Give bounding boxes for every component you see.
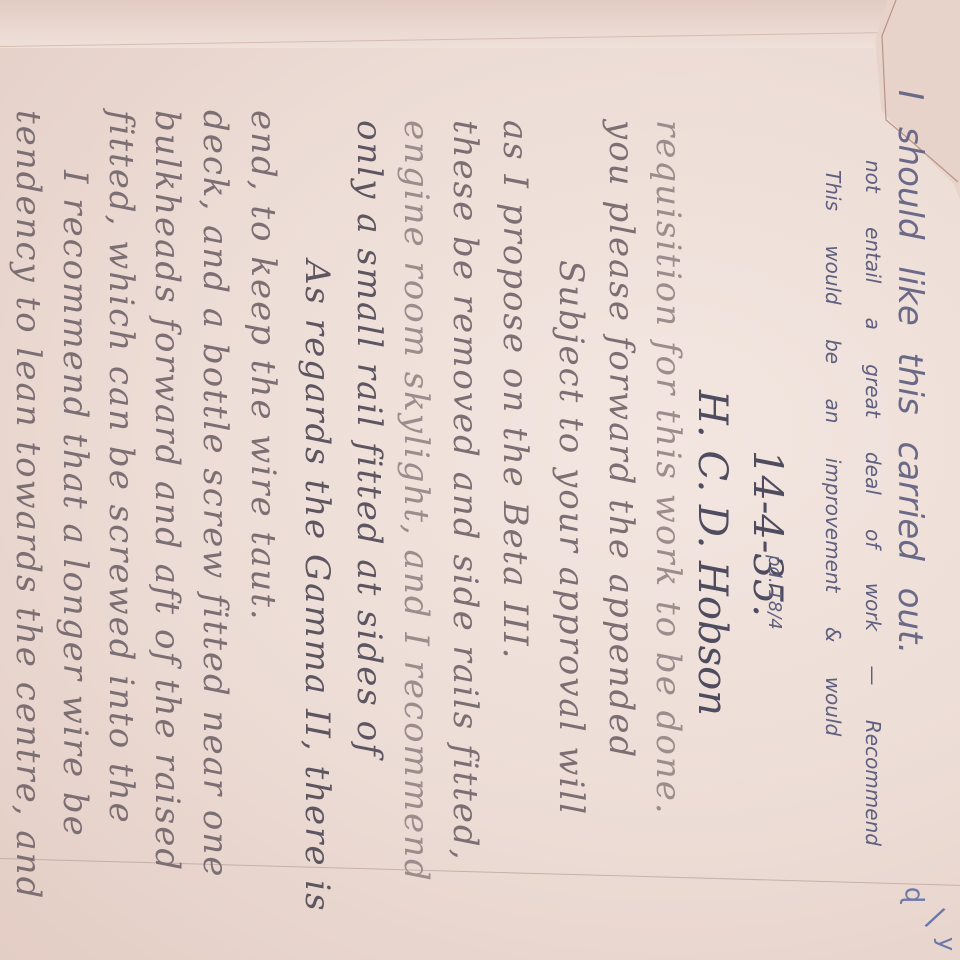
signature: H. C. D. Hobson [689,390,735,716]
letter-line: tendency to lean towards the centre, and [11,110,45,900]
letter-line: only a small rail fitted at sides of [352,120,386,758]
margin-mark: ɖ [898,887,928,904]
letter-line: deck, and a bottle screw fitted near one [198,110,232,878]
annotation-line: I should like this carried out. [890,90,930,654]
rotated-page: tendency to lean towards the centre, and… [0,0,960,900]
letter-line: as I propose on the Beta III. [498,120,532,660]
letter-line: As regards the Gamma II, there is [300,260,334,913]
annotation-initials: pd. 18/4 [764,555,785,630]
annotation-line: This would be an improvement & would [821,170,845,736]
letter-photograph: tendency to lean towards the centre, and… [0,0,960,960]
margin-mark: y [933,937,960,951]
letter-line: Subject to your approval will [554,260,588,816]
annotation-line: not entail a great deal of work — Recomm… [861,160,885,846]
letter-line: requisition for this work to be done. [651,120,685,816]
letter-line: these be removed and side rails fitted, [448,120,482,862]
letter-line: you please forward the appended [604,120,638,759]
letter-line: end, to keep the wire taut. [246,110,280,622]
letter-line: fitted, which can be screwed into the [104,110,138,825]
letter-line: engine room skylight, and I recommend [399,120,433,883]
letter-line: I recommend that a longer wire be [58,170,92,838]
letter-line: bulkheads forward and aft of the raised [150,110,184,872]
margin-mark: / [922,900,948,935]
